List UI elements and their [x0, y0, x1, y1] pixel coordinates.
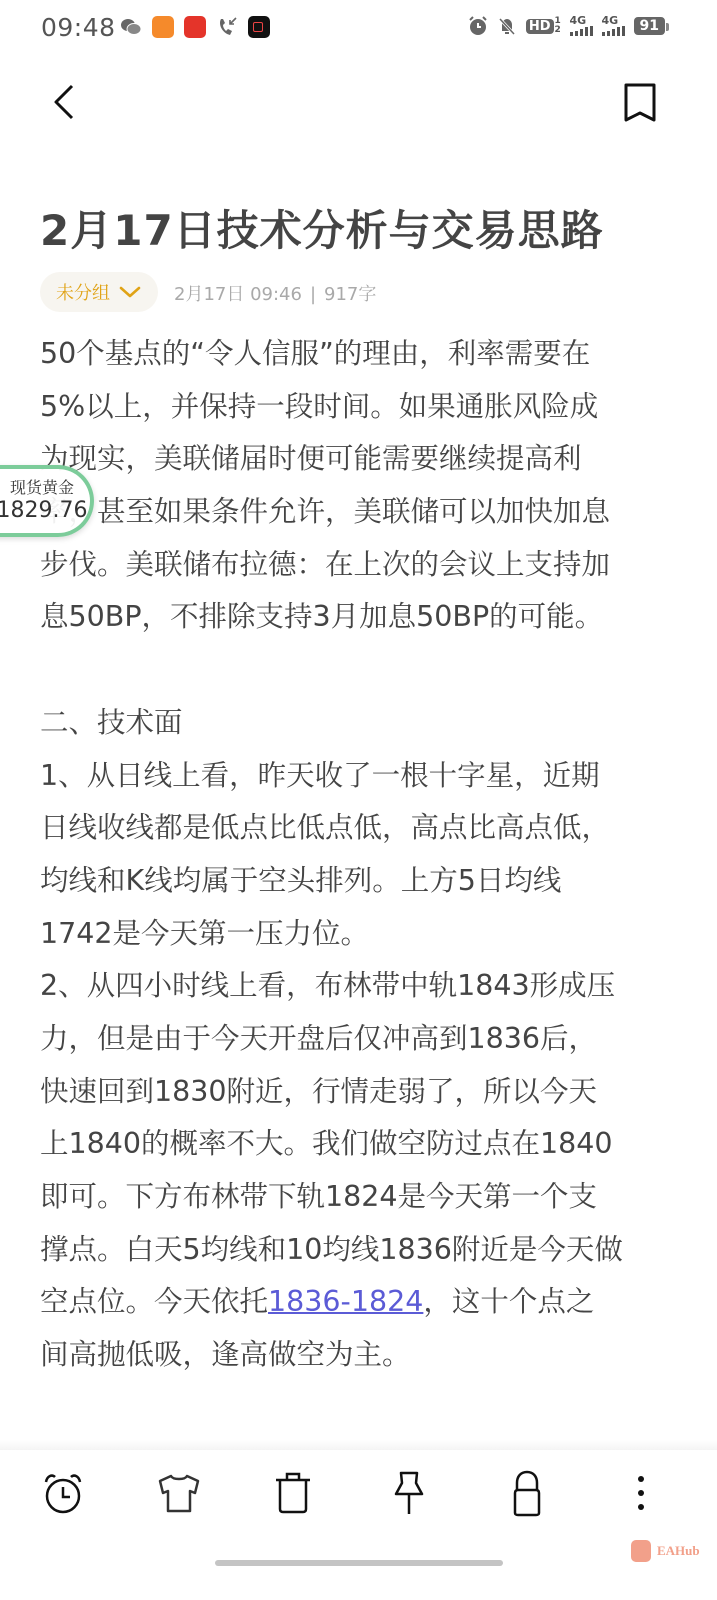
body-line: 2、从四小时线上看，布林带中轨1843形成压: [40, 960, 680, 1013]
battery-indicator: 91: [634, 17, 665, 35]
network-signal-2: 4G: [602, 16, 625, 36]
chevron-down-icon: [118, 284, 142, 300]
price-range-link[interactable]: 1836-1824: [268, 1285, 423, 1318]
meta-separator: |: [310, 284, 316, 305]
reminder-button[interactable]: [38, 1468, 88, 1518]
group-label: 未分组: [56, 279, 110, 305]
body-line: 间高抛低吸，逢高做空为主。: [40, 1329, 680, 1382]
watermark-logo-icon: [631, 1540, 651, 1562]
pin-button[interactable]: [384, 1468, 434, 1518]
home-indicator[interactable]: [215, 1560, 503, 1566]
body-line: 息50BP，不排除支持3月加息50BP的可能。: [40, 591, 680, 644]
more-button[interactable]: [616, 1468, 666, 1518]
signal-bars-icon: [570, 26, 593, 36]
lock-icon: [509, 1469, 545, 1517]
hd-icon: HD 1 2: [526, 17, 561, 35]
network-signal-1: 4G: [570, 16, 593, 36]
note-title[interactable]: 2月17日技术分析与交易思路: [40, 198, 604, 258]
body-line: 为现实，美联储届时便可能需要继续提高利: [40, 433, 680, 486]
tshirt-icon: [156, 1471, 202, 1515]
body-line: 上1840的概率不大。我们做空防过点在1840: [40, 1118, 680, 1171]
body-line: 均线和K线均属于空头排列。上方5日均线: [40, 855, 680, 908]
blank-line: [40, 644, 680, 697]
section-heading: 二、技术面: [40, 697, 680, 750]
body-line: 1742是今天第一压力位。: [40, 908, 680, 961]
wechat-icon: [120, 17, 142, 37]
body-line: 5%以上，并保持一段时间。如果通胀风险成: [40, 381, 680, 434]
body-line: 率，甚至如果条件允许，美联储可以加快加息: [40, 486, 680, 539]
video-app-icon: [248, 16, 270, 38]
missed-call-icon: [216, 16, 238, 38]
note-body[interactable]: 50个基点的“令人信服”的理由，利率需要在 5%以上，并保持一段时间。如果通胀风…: [40, 328, 680, 1382]
watermark-text: EAHub: [657, 1543, 700, 1559]
link-prefix: 空点位。今天依托: [40, 1285, 268, 1318]
lock-button[interactable]: [502, 1468, 552, 1518]
delete-button[interactable]: [268, 1468, 318, 1518]
group-selector[interactable]: 未分组: [40, 272, 158, 312]
body-line: 快速回到1830附近，行情走弱了，所以今天: [40, 1066, 680, 1119]
watermark: EAHub: [631, 1540, 700, 1562]
alarm-clock-icon: [41, 1471, 85, 1515]
notification-icons: [120, 16, 270, 38]
gold-price-widget[interactable]: 现货黄金 1829.76: [0, 465, 94, 537]
body-line: 撑点。白天5均线和10均线1836附近是今天做: [40, 1224, 680, 1277]
body-line: 力，但是由于今天开盘后仅冲高到1836后，: [40, 1013, 680, 1066]
note-meta: 2月17日 09:46|917字: [174, 280, 376, 306]
trash-icon: [273, 1471, 313, 1515]
alarm-icon: [468, 16, 488, 36]
theme-button[interactable]: [154, 1468, 204, 1518]
body-line: 1、从日线上看，昨天收了一根十字星，近期: [40, 750, 680, 803]
link-suffix: ，这十个点之: [423, 1285, 594, 1318]
note-date: 2月17日 09:46: [174, 284, 302, 305]
body-line: 日线收线都是低点比低点低，高点比高点低，: [40, 802, 680, 855]
system-icons: HD 1 2 4G 4G 91: [468, 16, 665, 36]
more-vertical-icon: [635, 1473, 647, 1513]
red-app-icon: [184, 16, 206, 38]
body-line: 步伐。美联储布拉德：在上次的会议上支持加: [40, 539, 680, 592]
bookmark-icon: [618, 80, 662, 126]
chevron-left-icon: [46, 80, 86, 124]
bookmark-button[interactable]: [618, 80, 662, 126]
gold-widget-label: 现货黄金: [10, 478, 74, 498]
body-line-with-link: 空点位。今天依托1836-1824，这十个点之: [40, 1276, 680, 1329]
toolbar-divider: [0, 1440, 717, 1450]
mute-icon: [497, 16, 517, 36]
body-line: 50个基点的“令人信服”的理由，利率需要在: [40, 328, 680, 381]
status-time: 09:48: [41, 13, 116, 42]
bottom-toolbar: [0, 1450, 717, 1540]
signal-bars-icon: [602, 26, 625, 36]
back-button[interactable]: [46, 80, 86, 124]
pushpin-icon: [389, 1470, 429, 1516]
word-count: 917字: [324, 284, 376, 305]
body-line: 即可。下方布林带下轨1824是今天第一个支: [40, 1171, 680, 1224]
gold-widget-price: 1829.76: [0, 498, 87, 524]
fox-app-icon: [152, 16, 174, 38]
status-bar: 09:48 HD 1 2 4G 4G 91: [0, 0, 717, 56]
